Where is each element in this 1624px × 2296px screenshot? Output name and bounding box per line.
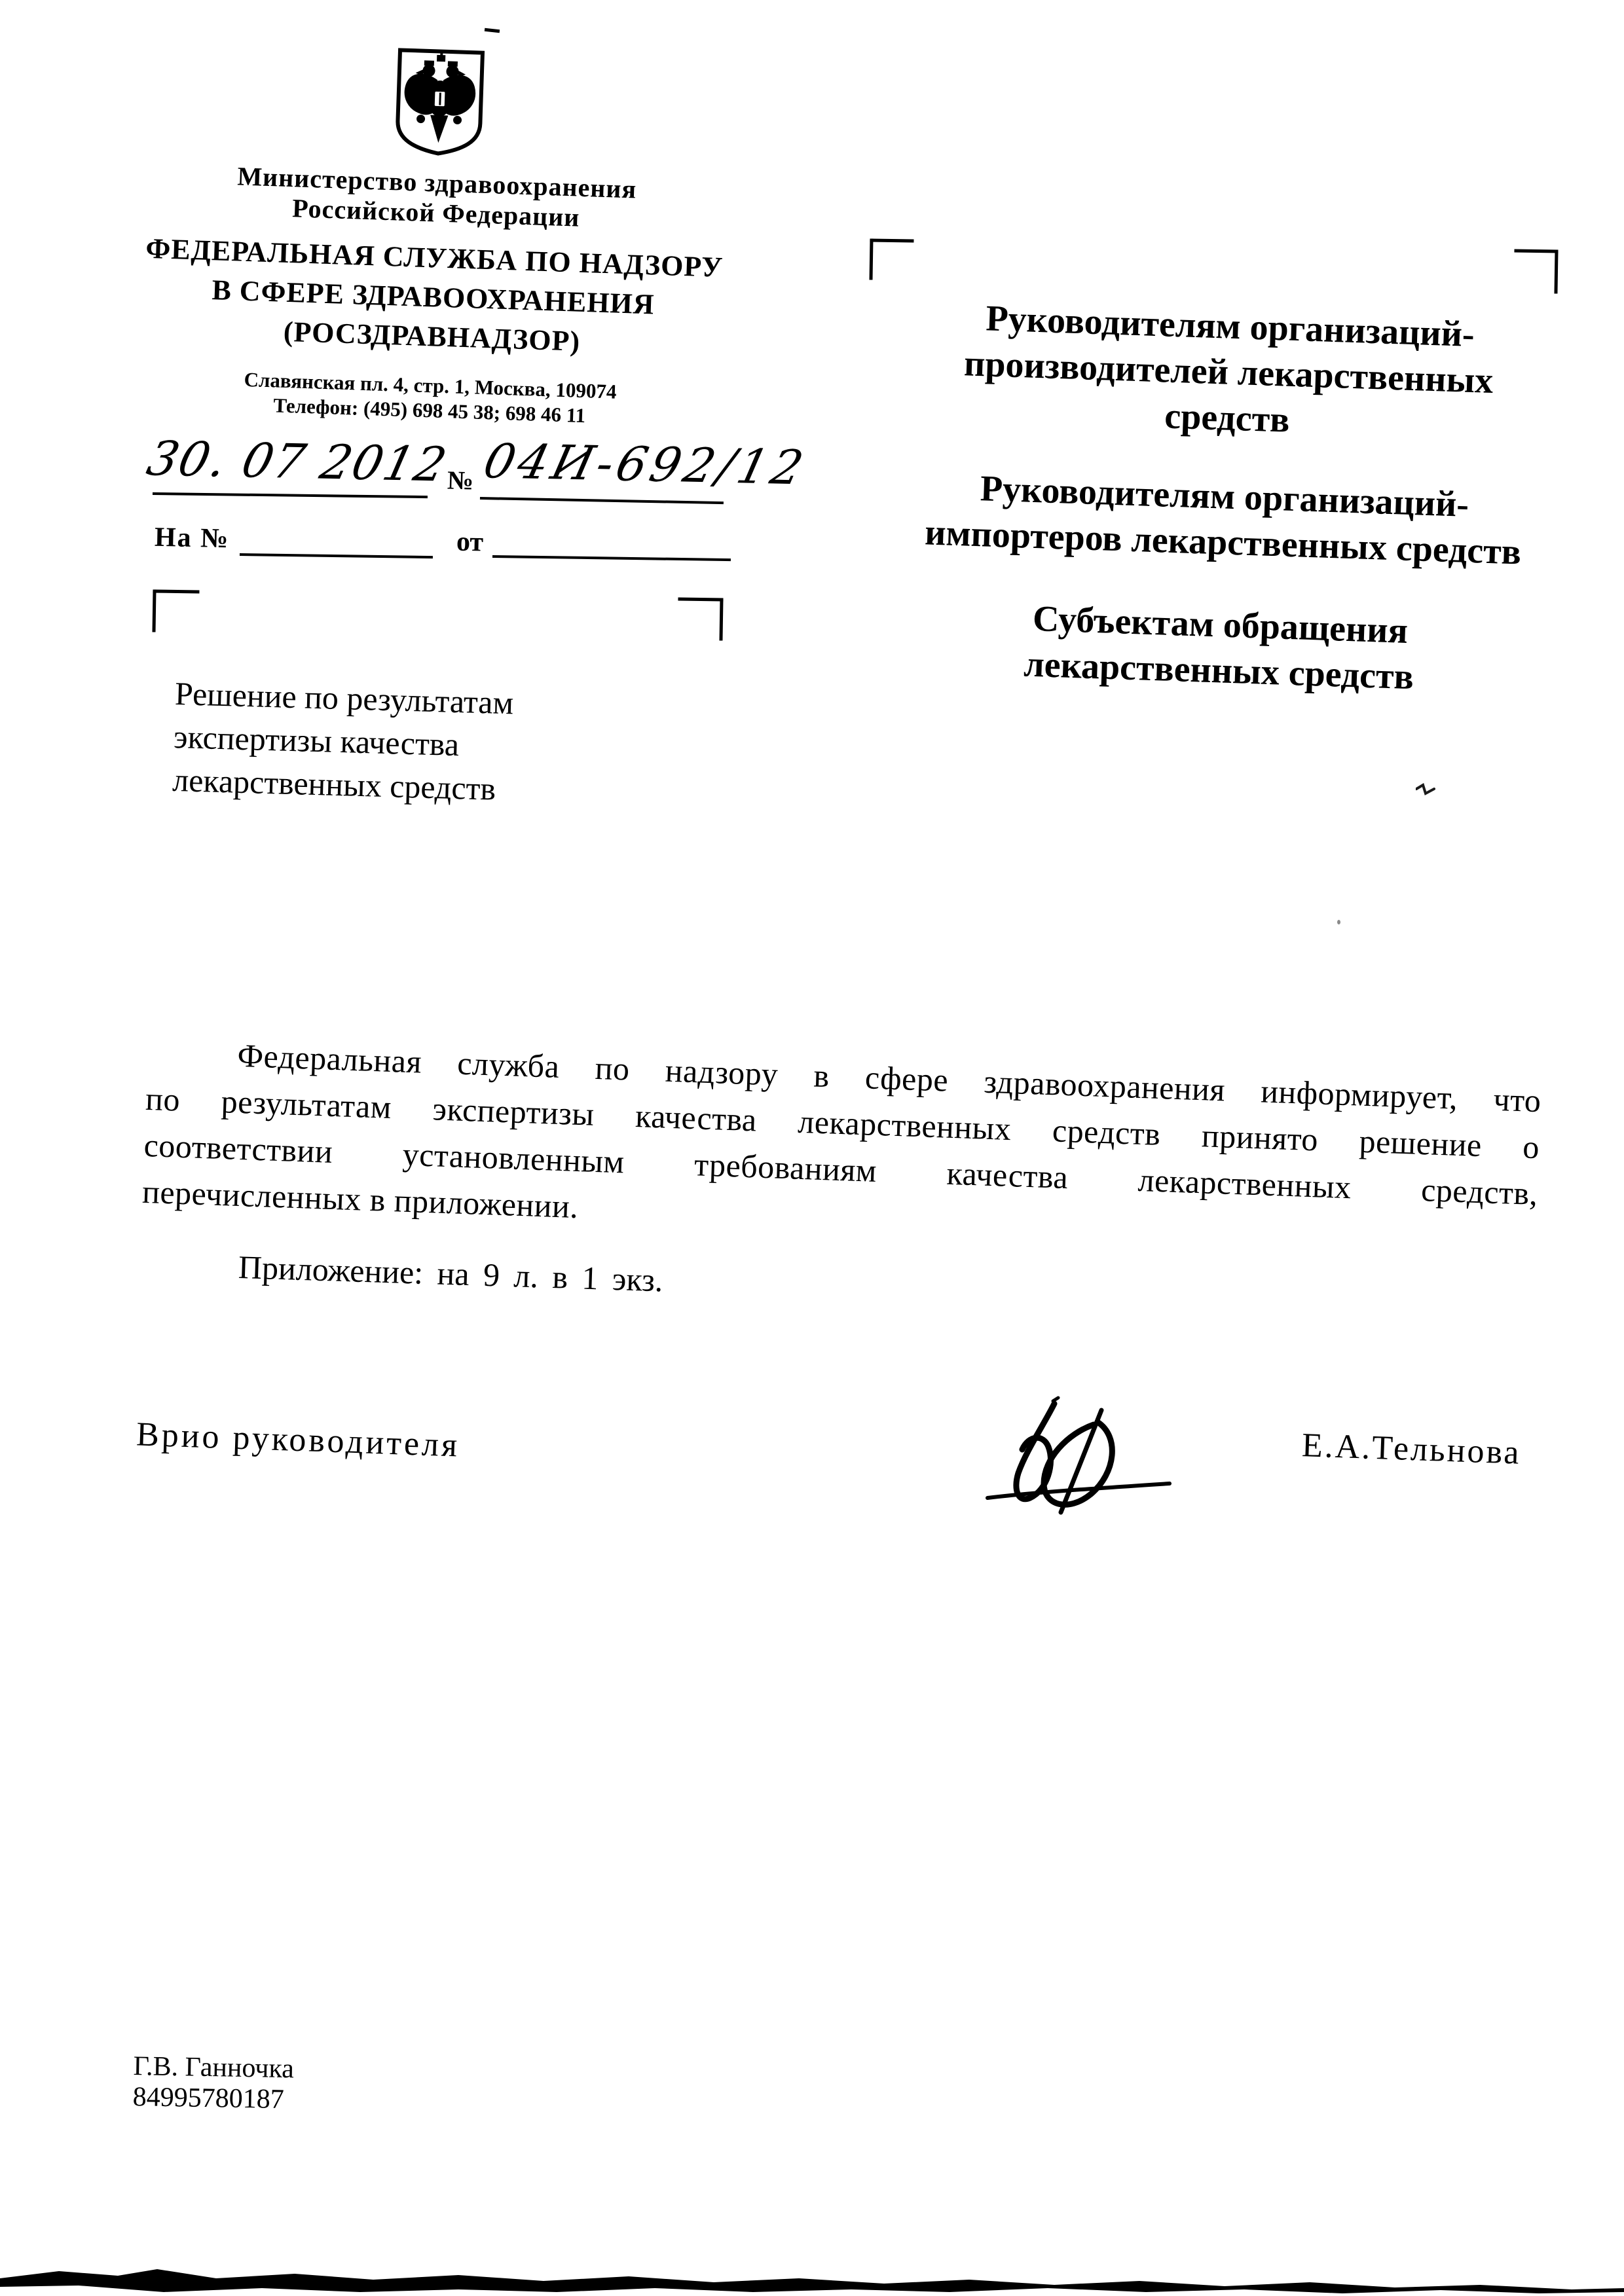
stray-tick-mark (1416, 783, 1437, 799)
signer-position: Врио руководителя (136, 1415, 460, 1465)
number-underline (480, 497, 724, 504)
subject: Решение по результатам экспертизы качест… (172, 672, 633, 814)
reply-from-label: от (456, 526, 484, 558)
body-paragraph: Федеральная служба по надзору в сфере зд… (141, 1029, 1542, 1264)
scan-edge-artifact (0, 2252, 1624, 2296)
executor-block: Г.В. Ганночка 84995780187 (132, 2051, 294, 2115)
reply-number-label: На № (155, 522, 230, 555)
recipient-block-2: Руководителям организаций- импортеров ле… (912, 464, 1536, 575)
handwritten-date: 30. 07 2012 (142, 432, 452, 491)
doc-number-sign: № (447, 464, 473, 496)
reply-from-underline (492, 555, 731, 561)
recipient-block-3: Субъектам обращения лекарственных средст… (907, 592, 1532, 704)
signer-name: Е.А.Тельнова (1301, 1426, 1521, 1472)
scan-speck (1337, 920, 1340, 924)
letterhead: Министерство здравоохранения Российской … (101, 26, 769, 434)
recipient-block-1: Руководителям организаций- производителе… (915, 293, 1541, 451)
corner-bracket-subject-left (152, 589, 199, 632)
ministry-name: Министерство здравоохранения Российской … (108, 157, 765, 239)
corner-bracket-top-left (870, 238, 914, 280)
reply-number-underline (240, 553, 433, 558)
recipients: Руководителям организаций- производителе… (907, 293, 1541, 704)
corner-bracket-top-right (1513, 249, 1558, 293)
signature-flourish-icon (889, 1393, 1177, 1524)
executor-phone: 84995780187 (132, 2082, 293, 2115)
scan-speck (485, 28, 500, 33)
service-name: ФЕДЕРАЛЬНАЯ СЛУЖБА ПО НАДЗОРУ В СФЕРЕ ЗД… (104, 228, 762, 367)
corner-bracket-subject-right (677, 597, 723, 640)
handwritten-number: 04И-692/12 (479, 435, 811, 494)
date-underline (153, 492, 428, 498)
coat-of-arms-emblem (388, 43, 492, 159)
attachment-line: Приложение: на 9 л. в 1 экз. (238, 1248, 663, 1299)
executor-name: Г.В. Ганночка (133, 2051, 294, 2085)
scanned-letter-page: { "document": { "emblem_label": "Герб Ро… (0, 0, 1624, 2296)
contact-block: Славянская пл. 4, стр. 1, Москва, 109074… (101, 363, 758, 434)
